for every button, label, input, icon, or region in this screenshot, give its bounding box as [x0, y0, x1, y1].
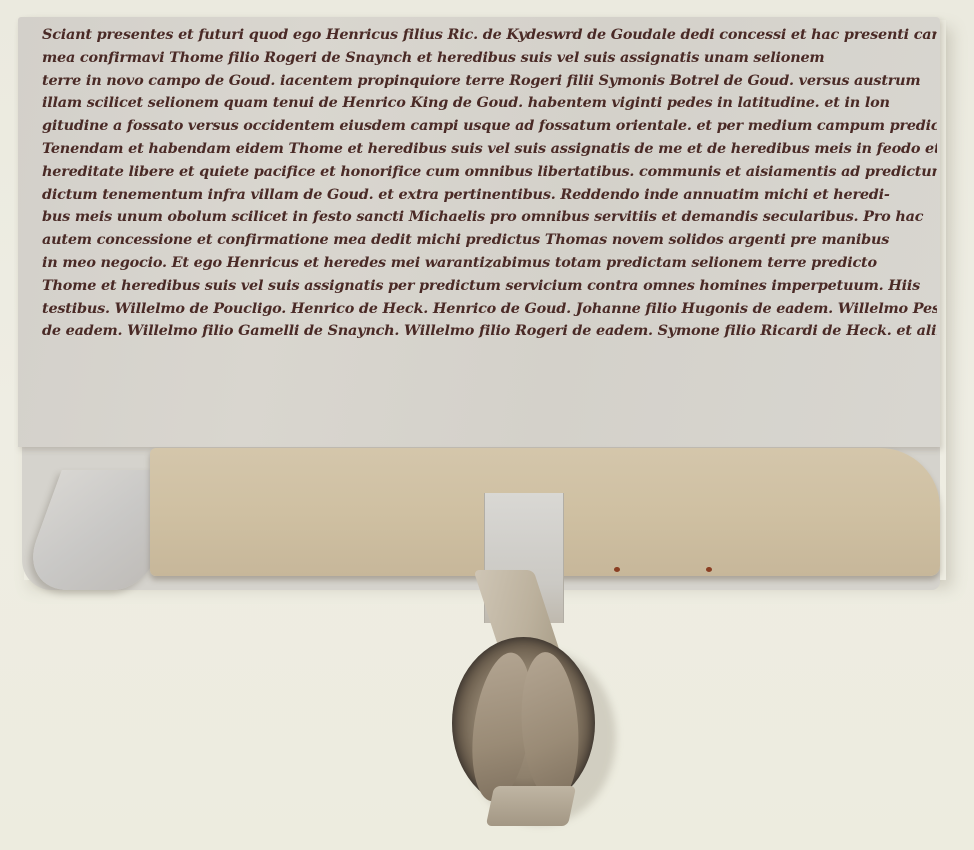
- stain-mark: [706, 567, 712, 572]
- charter-line-5: gitudine a fossato versus occidentem eiu…: [42, 115, 937, 138]
- charter-line-2: mea confirmavi Thome filio Rogeri de Sna…: [42, 47, 937, 70]
- charter-text: Sciant presentes et futuri quod ego Henr…: [42, 24, 937, 343]
- charter-line-13: testibus. Willelmo de Poucligo. Henrico …: [42, 298, 937, 321]
- charter-line-10: autem concessione et confirmatione mea d…: [42, 229, 937, 252]
- charter-line-14: de eadem. Willelmo filio Gamelli de Snay…: [42, 320, 937, 343]
- charter-line-12: Thome et heredibus suis vel suis assigna…: [42, 275, 937, 298]
- seal-tag-end: [486, 786, 577, 826]
- charter-line-7: hereditate libere et quiete pacifice et …: [42, 161, 937, 184]
- charter-line-6: Tenendam et habendam eidem Thome et here…: [42, 138, 937, 161]
- charter-line-1: Sciant presentes et futuri quod ego Henr…: [42, 24, 937, 47]
- charter-line-9: bus meis unum obolum scilicet in festo s…: [42, 206, 937, 229]
- charter-line-3: terre in novo campo de Goud. iacentem pr…: [42, 70, 937, 93]
- stain-mark: [614, 567, 620, 572]
- charter-line-11: in meo negocio. Et ego Henricus et hered…: [42, 252, 937, 275]
- charter-line-4: illam scilicet selionem quam tenui de He…: [42, 92, 937, 115]
- charter-line-8: dictum tenementum infra villam de Goud. …: [42, 184, 937, 207]
